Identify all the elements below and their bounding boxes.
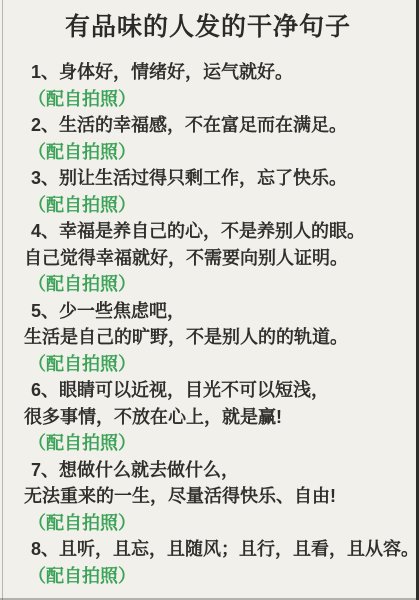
quote-line: 很多事情，不放在心上，就是赢! [0, 404, 416, 431]
quote-line: 1、身体好，情绪好，运气就好。 [0, 59, 416, 86]
quote-line: 生活是自己的旷野，不是别人的的轨道。 [0, 324, 416, 351]
photo-tag: （配自拍照） [0, 139, 416, 166]
page-title: 有品味的人发的干净句子 [0, 0, 416, 45]
quote-card: 有品味的人发的干净句子 1、身体好，情绪好，运气就好。（配自拍照）2、生活的幸福… [0, 0, 419, 600]
photo-tag: （配自拍照） [0, 192, 416, 219]
quote-line: 8、且听，且忘，且随风；且行，且看，且从容。 [0, 536, 416, 563]
quote-line: 5、少一些焦虑吧， [0, 298, 416, 325]
photo-tag: （配自拍照） [0, 563, 416, 590]
quote-line: 3、别让生活过得只剩工作，忘了快乐。 [0, 165, 416, 192]
quote-line: 4、幸福是养自己的心，不是养别人的眼。 [0, 218, 416, 245]
photo-tag: （配自拍照） [0, 86, 416, 113]
photo-tag: （配自拍照） [0, 271, 416, 298]
quote-line: 自己觉得幸福就好，不需要向别人证明。 [0, 245, 416, 272]
photo-tag: （配自拍照） [0, 430, 416, 457]
quote-line: 无法重来的一生，尽量活得快乐、自由! [0, 483, 416, 510]
quote-line: 7、想做什么就去做什么， [0, 457, 416, 484]
quote-line: 2、生活的幸福感，不在富足而在满足。 [0, 112, 416, 139]
photo-tag: （配自拍照） [0, 351, 416, 378]
quote-line: 6、眼睛可以近视，目光不可以短浅， [0, 377, 416, 404]
photo-tag: （配自拍照） [0, 510, 416, 537]
quote-list: 1、身体好，情绪好，运气就好。（配自拍照）2、生活的幸福感，不在富足而在满足。（… [0, 59, 416, 589]
